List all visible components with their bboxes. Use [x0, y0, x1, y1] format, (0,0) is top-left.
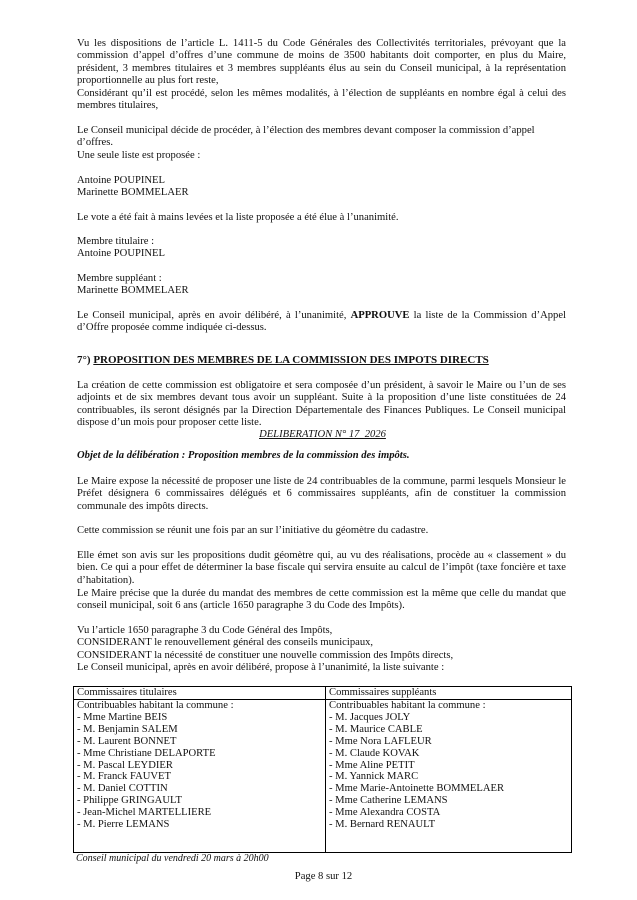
- approuve-keyword: APPROUVE: [351, 310, 410, 321]
- suppleant-name: - M. Jacques JOLY: [329, 712, 568, 724]
- suppleant-name: - Mme Nora LAFLEUR: [329, 736, 568, 748]
- document-page: Vu les dispositions de l’article L. 1411…: [0, 0, 637, 900]
- paragraph-decision-election: Le Conseil municipal décide de procéder,…: [77, 125, 566, 150]
- membre-titulaire-label: Membre titulaire :: [77, 236, 566, 248]
- titulaire-name: - M. Daniel COTTIN: [77, 783, 322, 795]
- suppleant-name: - Mme Aline PETIT: [329, 760, 568, 772]
- membre-suppleant-label: Membre suppléant :: [77, 273, 566, 285]
- considerant-line: Le Conseil municipal, après en avoir dél…: [77, 662, 566, 674]
- titulaire-name: - M. Pierre LEMANS: [77, 819, 322, 831]
- titulaire-name: - M. Benjamin SALEM: [77, 724, 322, 736]
- titulaire-name: - Jean-Michel MARTELLIERE: [77, 807, 322, 819]
- paragraph-avis-geometre: Elle émet son avis sur les propositions …: [77, 550, 566, 587]
- paragraph-vote: Le vote a été fait à mains levées et la …: [77, 212, 566, 224]
- titulaire-name: - Philippe GRINGAULT: [77, 795, 322, 807]
- membre-titulaire-name: Antoine POUPINEL: [77, 248, 566, 260]
- considerants-block: Vu l’article 1650 paragraphe 3 du Code G…: [77, 625, 566, 675]
- footer-meeting-info: Conseil municipal du vendredi 20 mars à …: [76, 853, 269, 865]
- suppleant-name: - Mme Alexandra COSTA: [329, 807, 568, 819]
- suppleant-name: - M. Maurice CABLE: [329, 724, 568, 736]
- paragraph-considerant-suppleants: Considérant qu’il est procédé, selon les…: [77, 88, 566, 113]
- section-heading-7: 7°) PROPOSITION DES MEMBRES DE LA COMMIS…: [77, 354, 489, 366]
- paragraph-creation-commission: La création de cette commission est obli…: [77, 380, 566, 430]
- membre-suppleant-block: Membre suppléant : Marinette BOMMELAER: [77, 273, 566, 298]
- suppleants-subtitle: Contribuables habitant la commune :: [329, 700, 568, 712]
- titulaire-name: - M. Franck FAUVET: [77, 771, 322, 783]
- footer-page-number: Page 8 sur 12: [0, 871, 637, 883]
- approbation-text-start: Le Conseil municipal, après en avoir dél…: [77, 310, 351, 321]
- commissaires-table: Commissaires titulaires Commissaires sup…: [73, 686, 572, 853]
- suppleant-name: - M. Bernard RENAULT: [329, 819, 568, 831]
- deliberation-number: DELIBERATION N° 17_2026: [0, 429, 637, 441]
- titulaire-name: - Mme Christiane DELAPORTE: [77, 748, 322, 760]
- titulaire-name: - Mme Martine BEIS: [77, 712, 322, 724]
- deliberation-object: Objet de la délibération : Proposition m…: [77, 450, 410, 462]
- proposed-name: Marinette BOMMELAER: [77, 187, 566, 199]
- proposed-name: Antoine POUPINEL: [77, 175, 566, 187]
- membre-titulaire-block: Membre titulaire : Antoine POUPINEL: [77, 236, 566, 261]
- suppleants-cell: Contribuables habitant la commune : - M.…: [326, 700, 572, 853]
- titulaires-subtitle: Contribuables habitant la commune :: [77, 700, 322, 712]
- paragraph-liste-proposee: Une seule liste est proposée :: [77, 150, 566, 162]
- header-titulaires: Commissaires titulaires: [74, 687, 326, 700]
- section-title: PROPOSITION DES MEMBRES DE LA COMMISSION…: [93, 354, 488, 366]
- paragraph-article-l1411: Vu les dispositions de l’article L. 1411…: [77, 38, 566, 88]
- proposed-list: Antoine POUPINEL Marinette BOMMELAER: [77, 175, 566, 200]
- titulaire-name: - M. Pascal LEYDIER: [77, 760, 322, 772]
- considerant-line: Vu l’article 1650 paragraphe 3 du Code G…: [77, 625, 566, 637]
- paragraph-approbation: Le Conseil municipal, après en avoir dél…: [77, 310, 566, 335]
- suppleant-name: - M. Yannick MARC: [329, 771, 568, 783]
- suppleant-name: - M. Claude KOVAK: [329, 748, 568, 760]
- paragraph-reunion-annuelle: Cette commission se réunit une fois par …: [77, 525, 566, 537]
- header-suppleants: Commissaires suppléants: [326, 687, 572, 700]
- suppleant-name: - Mme Catherine LEMANS: [329, 795, 568, 807]
- membre-suppleant-name: Marinette BOMMELAER: [77, 285, 566, 297]
- paragraph-maire-expose: Le Maire expose la nécessité de proposer…: [77, 476, 566, 513]
- considerant-line: CONSIDERANT la nécessité de constituer u…: [77, 650, 566, 662]
- section-number: 7°): [77, 354, 93, 366]
- paragraph-duree-mandat: Le Maire précise que la durée du mandat …: [77, 588, 566, 613]
- titulaire-name: - M. Laurent BONNET: [77, 736, 322, 748]
- suppleant-name: - Mme Marie-Antoinette BOMMELAER: [329, 783, 568, 795]
- considerant-line: CONSIDERANT le renouvellement général de…: [77, 637, 566, 649]
- titulaires-cell: Contribuables habitant la commune : - Mm…: [74, 700, 326, 853]
